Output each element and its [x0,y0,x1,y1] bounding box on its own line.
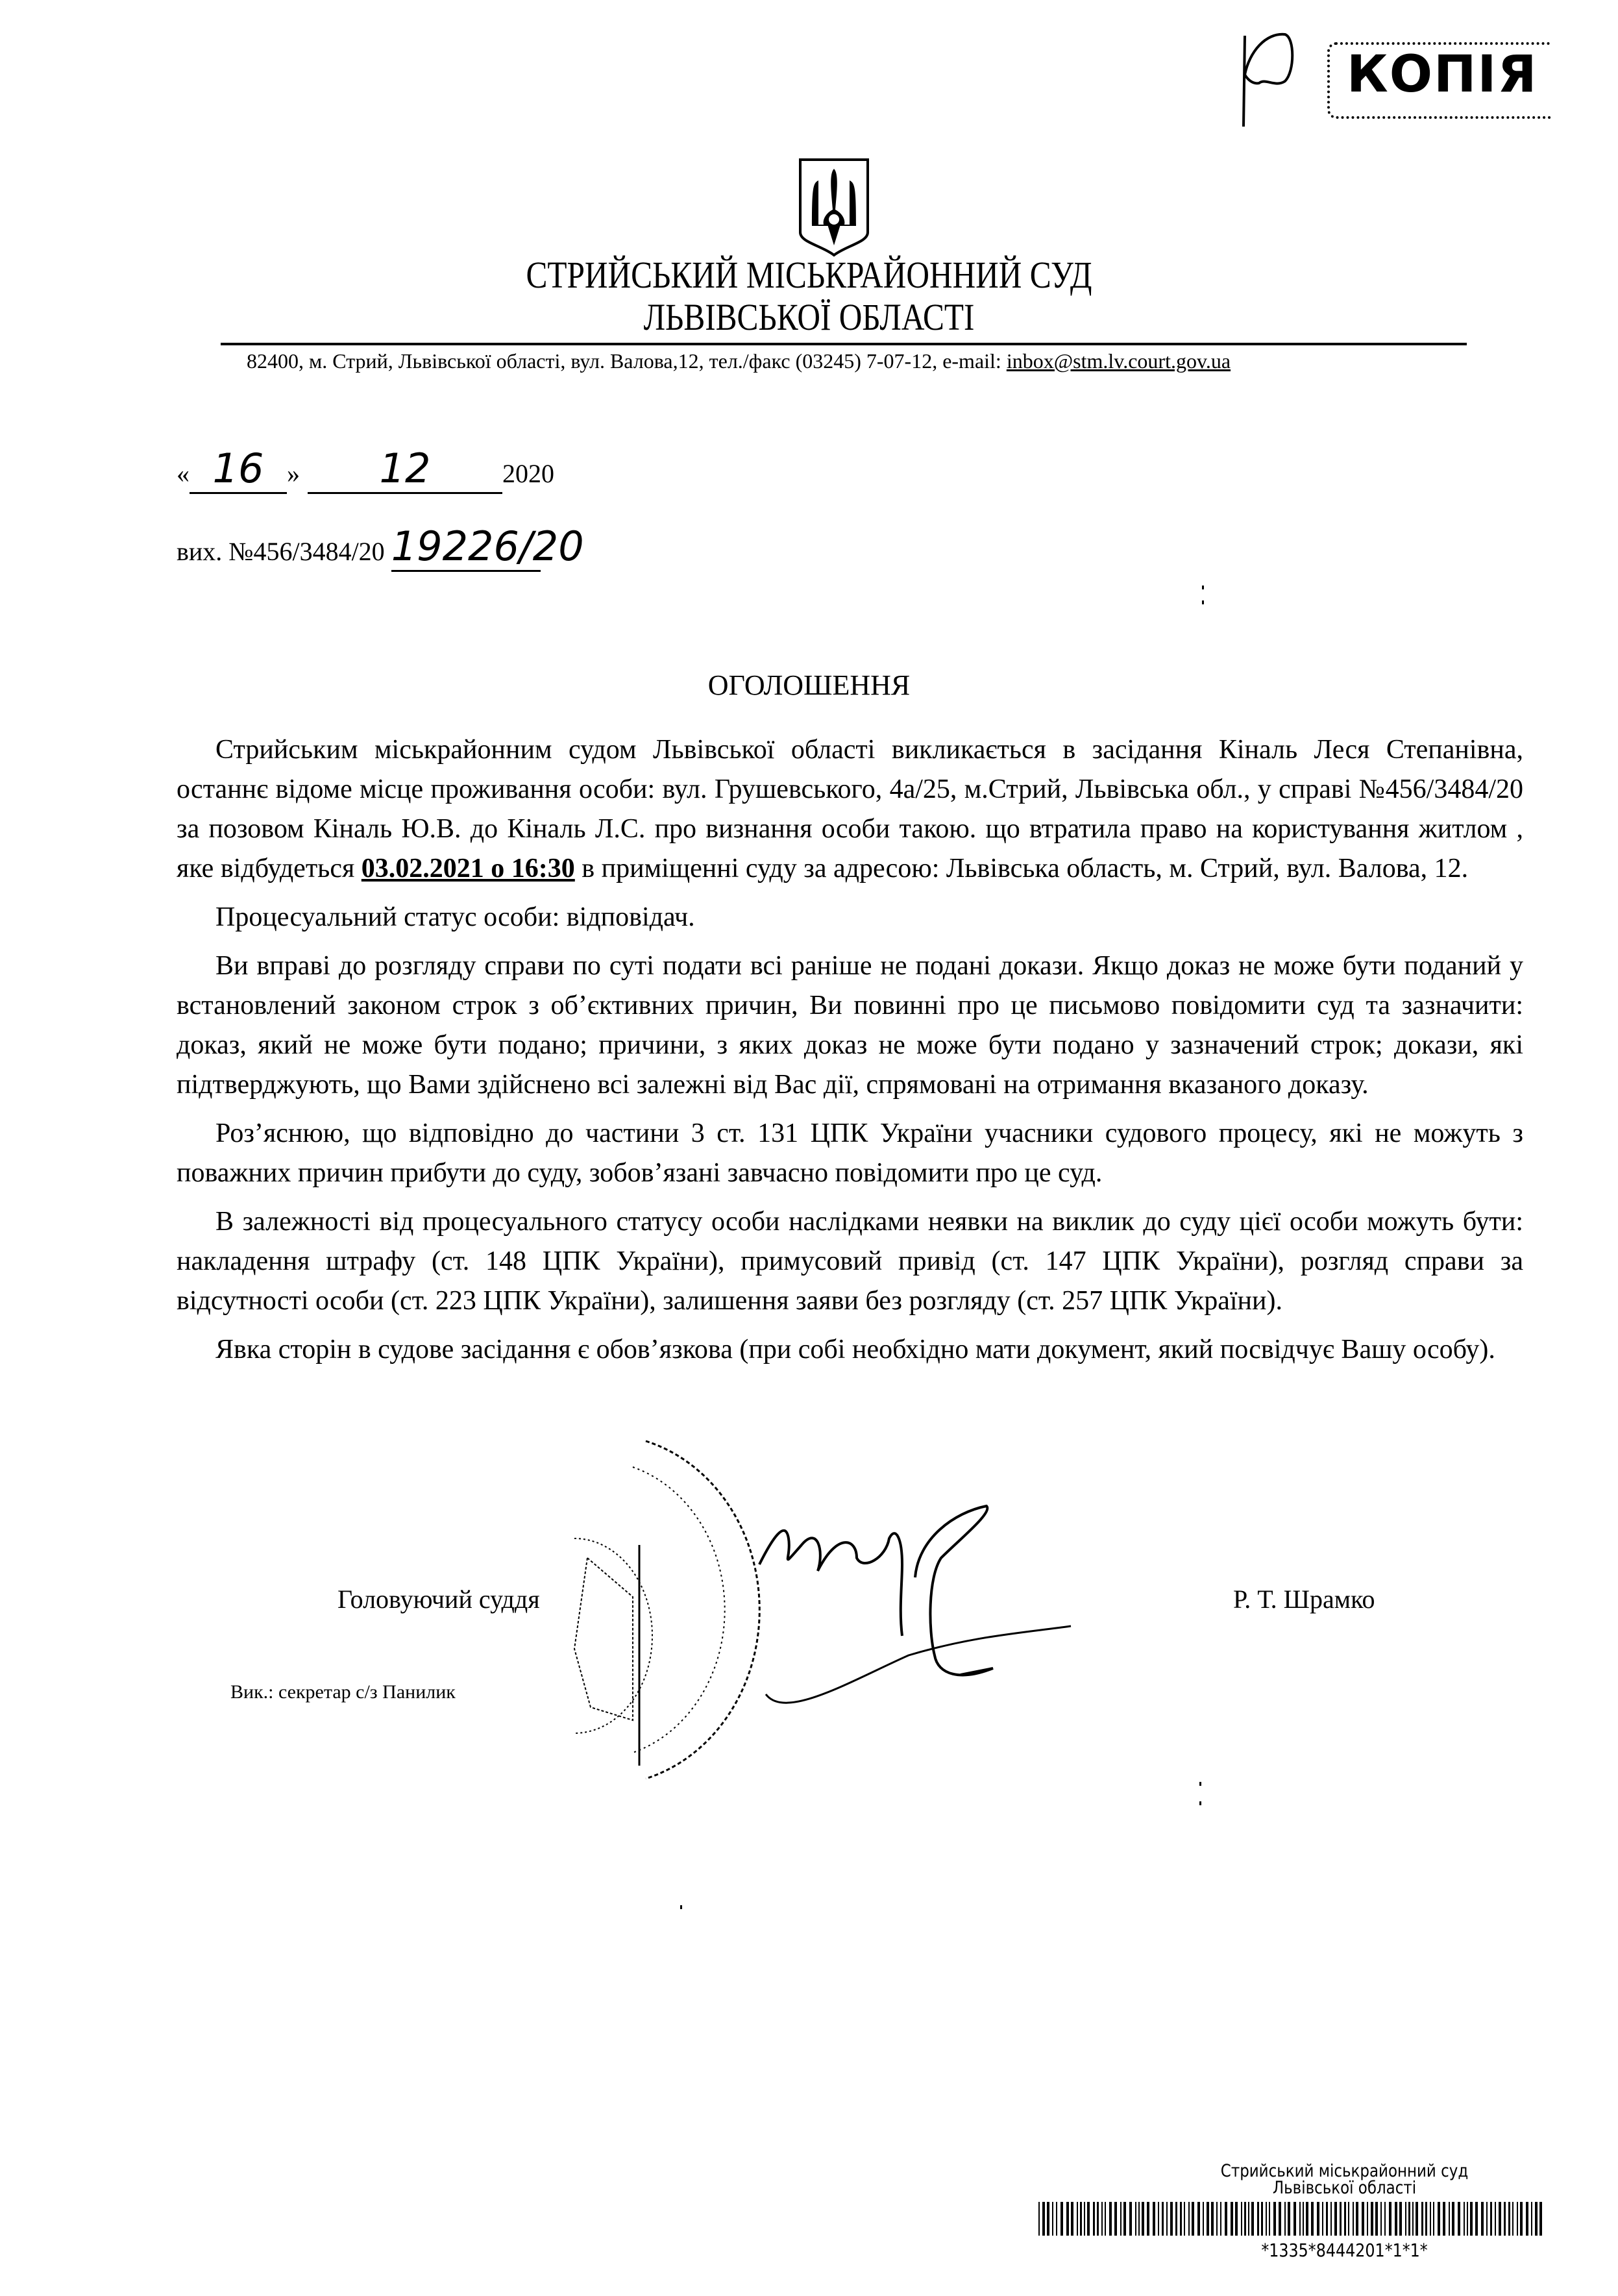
date-day-handwritten: 16 [190,445,287,494]
paragraph-consequences: В залежності від процесуального статусу … [177,1202,1523,1321]
scan-speck [1202,600,1204,604]
header-divider [221,343,1467,345]
barcode [1038,2202,1545,2236]
paragraph-attendance: Явка сторін в судове засідання є обов’яз… [177,1330,1523,1370]
paragraph-evidence: Ви вправі до розгляду справи по суті под… [177,946,1523,1105]
document-title: ОГОЛОШЕННЯ [0,669,1618,702]
summons-address: в приміщенні суду за адресою: Львівська … [575,854,1468,883]
court-name-line2: ЛЬВІВСЬКОЇ ОБЛАСТІ [121,295,1497,339]
handwritten-initial-mark [1240,32,1298,130]
executor-note: Вик.: секретар с/з Панилик [230,1681,456,1703]
copy-stamp-label: КОПІЯ [1347,45,1538,104]
outgoing-number-label: вих. №456/3484/20 [177,537,385,566]
date-line: «16»122020 [177,445,554,494]
footer-court-line2: Львівської області [1112,2180,1577,2197]
date-close-quote: » [287,459,300,488]
contact-email-link[interactable]: inbox@stm.lv.court.gov.ua [1007,349,1231,373]
outgoing-number-line: вих. №456/3484/20 19226/20 [177,523,541,572]
announcement-body: Стрийським міськрайонним судом Львівсько… [177,730,1523,1379]
judge-signature [746,1500,1214,1733]
contact-line: 82400, м. Стрий, Львівської області, вул… [247,349,1545,373]
scan-speck [1199,1782,1201,1786]
scan-speck [680,1905,682,1909]
outgoing-number-handwritten: 19226/20 [391,523,541,572]
judge-name: Р. Т. Шрамко [1233,1584,1375,1614]
paragraph-summons: Стрийським міськрайонним судом Львівсько… [177,730,1523,889]
scan-speck [1202,586,1204,589]
date-year: 2020 [502,459,554,488]
contact-address: 82400, м. Стрий, Львівської області, вул… [247,349,1007,373]
date-open-quote: « [177,459,190,488]
paragraph-notice: Роз’яснюю, що відповідно до частини 3 ст… [177,1114,1523,1193]
court-name-line1: СТРИЙСЬКИЙ МІСЬКРАЙОННИЙ СУД [121,253,1497,297]
trident-emblem-icon [795,154,873,258]
footer-court-label: Стрийський міськрайонний суд Львівської … [1112,2163,1577,2197]
scan-speck [1199,1801,1201,1805]
hearing-datetime: 03.02.2021 о 16:30 [362,854,575,883]
presiding-judge-label: Головуючий суддя [337,1584,540,1614]
copy-stamp: КОПІЯ [1327,32,1561,117]
paragraph-status: Процесуальний статус особи: відповідач. [177,898,1523,937]
date-month-handwritten: 12 [308,445,502,494]
barcode-number: *1335*8444201*1*1* [1112,2240,1577,2261]
